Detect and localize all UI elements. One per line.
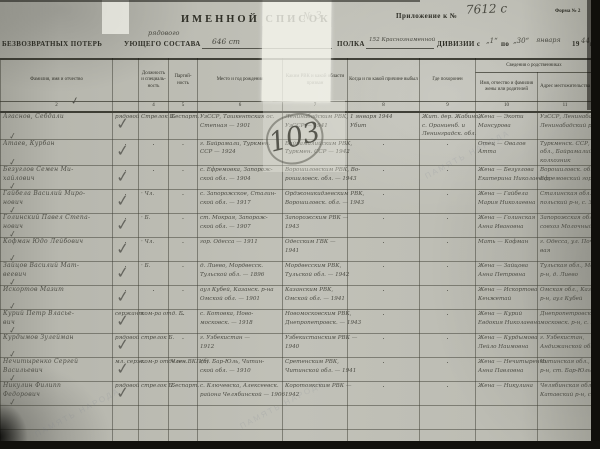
cell-name: Голинский Павел Степа-нович✓ <box>1 214 113 238</box>
handwritten-line: Жена — Курдымова <box>476 334 537 343</box>
handwritten-line: · <box>348 140 419 150</box>
handwritten-line: Тульская обл., Мордвесск. <box>538 262 592 271</box>
cell-name: Нечитыренко СергейВасильевич✓ <box>1 358 113 382</box>
cell-when: · <box>348 166 420 190</box>
handwritten-line: обл., Байрамалийский р-н, <box>538 148 592 157</box>
cell-duty: · <box>139 166 169 190</box>
cell-where: · <box>420 334 476 358</box>
cell-addr: Туркменск. ССР, Марыйск.обл., Байрамалий… <box>538 139 593 166</box>
handwritten-line: г. Узбекистан — <box>198 334 282 343</box>
handwritten-line: Сретенским РВК, <box>283 358 347 367</box>
pencil-check-icon: ✓ <box>115 214 130 234</box>
handwritten-line: Мордвесским РВК, <box>283 262 347 271</box>
handwritten-line: · Б. <box>139 214 168 223</box>
col-num-1: 2✓ <box>1 102 113 113</box>
cell-party: · <box>169 214 198 238</box>
handwritten-line: Жена — Нечитыренко <box>476 358 537 367</box>
rank-handwritten: рядового <box>148 29 179 37</box>
cell-duty: стрелок Б. <box>139 334 169 358</box>
scan-edge-right <box>591 0 600 449</box>
handwritten-line: стрелок Б. <box>139 334 168 343</box>
handwritten-line: Ворошиловск. обл., в/ч и <box>538 166 592 175</box>
handwritten-line: · <box>348 310 419 320</box>
scanned-document: Приложение к № 7612 с Форма № 2 ИМЕННОЙ … <box>0 0 600 449</box>
col-header-relative-name: Имя, отчество и фамилия жены или родител… <box>476 73 538 102</box>
handwritten-line: Жена — Экоти <box>476 113 537 122</box>
handwritten-line: Омской обл. — 1901 <box>198 295 282 304</box>
handwritten-line: · <box>169 140 197 150</box>
handwritten-line: Евдокия Николаевна <box>476 319 537 328</box>
division-label: ДИВИЗИИ с <box>437 40 480 48</box>
cell-addr: Тульская обл., Мордвесск.р-н, д. Лиево <box>538 262 593 286</box>
handwritten-line: · <box>139 166 168 176</box>
cell-rank: рядовой✓ <box>113 334 139 358</box>
cell-addr: Челябинская обл., Усть-Катавский р-н, с.… <box>538 382 593 406</box>
handwritten-line: · Б. <box>139 262 168 271</box>
handwritten-line: УзССР, Ленинабадская <box>538 113 592 122</box>
handwritten-line: аул Кубей, Казанск. р-на <box>198 286 282 295</box>
cell-rank: ·✓ <box>113 238 139 262</box>
pencil-check-icon: ✓ <box>115 334 130 354</box>
cell-addr: Запорожская обл., ст. Мокрая,совхоз Моло… <box>538 214 593 238</box>
handwritten-line: · <box>348 382 419 392</box>
cell-where: · <box>420 262 476 286</box>
handwritten-line: Безуглов Семен Ми- <box>1 166 112 175</box>
handwritten-line: Васильевич <box>1 367 112 376</box>
handwritten-line: с. Запорожское, Сталин- <box>198 190 282 199</box>
date-from-handwritten: „1“ <box>486 37 498 45</box>
cell-duty: · <box>139 286 169 310</box>
handwritten-line: совхоз Молочный <box>538 223 592 232</box>
handwritten-line: ской обл. — 1907 <box>198 223 282 232</box>
col-num-2 <box>113 102 139 113</box>
handwritten-line: Курий Петр Власье- <box>1 310 112 319</box>
cell-rank: сержант✓ <box>113 310 139 334</box>
cell-birth: аул Кубей, Казанск. р-наОмской обл. — 19… <box>198 286 283 310</box>
year-printed: 19 <box>572 40 580 48</box>
cell-party: Беспарт. <box>169 382 198 406</box>
table-row: Курдымов Зулейман✓рядовой✓стрелок Б.·г. … <box>1 334 593 358</box>
cell-rvk: Узбекистанским РВК —1940 <box>283 334 348 358</box>
table-row: Кофман Юдо Лейбович✓·✓· Чл.·гор. Одесса … <box>1 238 593 262</box>
handwritten-line: ской обл. — 1910 <box>198 367 282 376</box>
col-header-when: Когда и по какой причине выбыл <box>348 59 420 102</box>
table-row: Голинский Павел Степа-нович✓·✓· Б.·ст. М… <box>1 214 593 238</box>
handwritten-line: · <box>420 334 475 344</box>
handwritten-line: Одесским ГВК — <box>283 238 347 247</box>
handwritten-line: Жена — Никулина <box>476 382 537 391</box>
pencil-check-icon: ✓ <box>115 238 130 258</box>
handwritten-line: Голинский Павел Степа- <box>1 214 112 223</box>
cell-rank: ·✓ <box>113 286 139 310</box>
cell-party: · <box>169 286 198 310</box>
handwritten-line: · <box>348 190 419 200</box>
cell-when: · <box>348 286 420 310</box>
handwritten-line: · <box>169 214 197 224</box>
handwritten-line: Ефремовский гор. в-к <box>538 175 592 184</box>
cell-birth: с. Котовка, Ново-московск. — 1918 <box>198 310 283 334</box>
cell-when: · <box>348 214 420 238</box>
cell-party: · <box>169 310 198 334</box>
handwritten-line: · <box>348 358 419 368</box>
cell-when: · <box>348 382 420 406</box>
col-num-8: 9 <box>420 102 476 113</box>
handwritten-line: · <box>348 214 419 224</box>
handwritten-line: с. Котовка, Ново- <box>198 310 282 319</box>
table-row: Искортов Мазит✓·✓··аул Кубей, Казанск. р… <box>1 286 593 310</box>
handwritten-line: · <box>169 262 197 272</box>
scan-edge-top <box>0 0 420 2</box>
col-header-relatives-group: Сведения о родственниках <box>476 59 593 73</box>
handwritten-line: · <box>348 262 419 272</box>
cell-rel: Жена — НечитыренкоАнна Павловна <box>476 358 538 382</box>
handwritten-line: 1912 <box>198 343 282 352</box>
handwritten-line: Челябинская обл., Усть- <box>538 382 592 391</box>
cell-where: · <box>420 358 476 382</box>
handwritten-line: Кофман Юдо Лейбович <box>1 238 112 247</box>
handwritten-line: Курдымов Зулейман <box>1 334 112 343</box>
handwritten-line: вич <box>1 319 112 328</box>
handwritten-line: Член ВКП(б) <box>169 358 197 367</box>
handwritten-line: · Чл. <box>139 238 168 247</box>
cell-rvk: Мордвесским РВК,Тульской обл. — 1942 <box>283 262 348 286</box>
cell-rel: Жена — Никулина <box>476 382 538 406</box>
cell-rank: рядовой✓ <box>113 112 139 139</box>
annex-label: Приложение к № <box>396 12 457 20</box>
handwritten-line: польский р-н, с. Запорожское <box>538 199 592 208</box>
cell-birth: г. Узбекистан —1912 <box>198 334 283 358</box>
handwritten-line: Туркменск. ССР, Марыйск. <box>538 140 592 149</box>
cell-birth: ст. Мокрая, Запорож-ской обл. — 1907 <box>198 214 283 238</box>
handwritten-line: г. Одесса, ул. Почто- <box>538 238 592 247</box>
cell-rel: Мать — Кофман <box>476 238 538 262</box>
handwritten-line: Узбекистанским РВК — <box>283 334 347 343</box>
table-row: Нечитыренко СергейВасильевич✓мл. серж.✓к… <box>1 358 593 382</box>
cell-addr: Омская обл., Казанскийр-н, аул Кубей <box>538 286 593 310</box>
col-num-7: 8 <box>348 102 420 113</box>
cell-name: Атаев, Курбан✓ <box>1 139 113 166</box>
handwritten-line: · <box>348 238 419 248</box>
cell-rel: Жена — ГайбелаМария Николаевна <box>476 190 538 214</box>
cell-rvk: Запорожским РВК —1943 <box>283 214 348 238</box>
handwritten-line: Омской обл. — 1941 <box>283 295 347 304</box>
cell-empty <box>476 406 538 430</box>
cell-where: · <box>420 238 476 262</box>
col-num-3: 4 <box>139 102 169 113</box>
handwritten-line: Ворошиловск. обл. — 1943 <box>283 199 347 208</box>
handwritten-line: ской обл. — 1904 <box>198 175 282 184</box>
handwritten-line: Агаснов, Себдали <box>1 113 112 122</box>
handwritten-line: Никулин Филипп <box>1 382 112 391</box>
cell-when: · <box>348 334 420 358</box>
staff-label: УЮЩЕГО СОСТАВА <box>124 40 201 48</box>
handwritten-line: · <box>348 334 419 344</box>
handwritten-line: Запорожским РВК — <box>283 214 347 223</box>
handwritten-line: с. Ключевска, Алексеевск. <box>198 382 282 391</box>
handwritten-line: Мария Николаевна <box>476 199 537 208</box>
cell-rel: Жена — КурийЕвдокия Николаевна <box>476 310 538 334</box>
unit-handwritten: 646 ст <box>212 37 240 46</box>
handwritten-line: ком-ра отд. Б. <box>139 310 168 319</box>
table-row: Зайцов Василий Мат-веевич✓·✓· Б.·д. Лиев… <box>1 262 593 286</box>
handwritten-line: Анна Петровна <box>476 271 537 280</box>
cell-duty: стрелок Б. <box>139 382 169 406</box>
cell-where: Жит. дер. Жабино,с. Ораниенб. иЛенинград… <box>420 112 476 139</box>
handwritten-line: ком-р отделен. <box>139 358 168 367</box>
cell-rel: Жена — КурдымоваЛейло Наимовна <box>476 334 538 358</box>
cell-rank: мл. серж.✓ <box>113 358 139 382</box>
cell-party: · <box>169 334 198 358</box>
handwritten-line: Зайцов Василий Мат- <box>1 262 112 271</box>
cell-empty <box>538 406 593 430</box>
cell-party: · <box>169 190 198 214</box>
cell-name: Агаснов, Себдали✓ <box>1 112 113 139</box>
handwritten-line: · <box>139 286 168 296</box>
handwritten-line: Беспарт. <box>169 113 197 122</box>
cell-empty <box>420 406 476 430</box>
handwritten-line: Новомосковским РВК, <box>283 310 347 319</box>
table-row: Гайбела Василий Миро-нович✓·✓· Чл.·с. За… <box>1 190 593 214</box>
handwritten-line: · <box>139 140 168 150</box>
cell-duty: Стрелок Б. <box>139 112 169 139</box>
handwritten-line: · Чл. <box>139 190 168 199</box>
cell-rel: Жена — ГолинскаяАнна Ивановна <box>476 214 538 238</box>
cell-party: · <box>169 139 198 166</box>
cell-rel: Жена — ИскортоваКенжетай <box>476 286 538 310</box>
cell-when: 1 января 1944Убит <box>348 112 420 139</box>
handwritten-line: Ленинабадский р-н, Фрунзе <box>538 122 592 131</box>
cell-duty: · Б. <box>139 214 169 238</box>
handwritten-line: Стрелок Б. <box>139 113 168 122</box>
cell-party: Член ВКП(б) <box>169 358 198 382</box>
cell-addr: Ворошиловск. обл., в/ч иЕфремовский гор.… <box>538 166 593 190</box>
handwritten-line: Орджоникидзевским РВК, <box>283 190 347 199</box>
handwritten-line: Днепропетровск. — 1943 <box>283 319 347 328</box>
cell-name: Гайбела Василий Миро-нович✓ <box>1 190 113 214</box>
handwritten-line: р-н, аул Кубей <box>538 295 592 304</box>
cell-birth: д. Лиево, Мордвесск.Тульской обл. — 1896 <box>198 262 283 286</box>
handwritten-line: Лейло Наимовна <box>476 343 537 352</box>
handwritten-line: · <box>169 310 197 320</box>
cell-name: Зайцов Василий Мат-веевич✓ <box>1 262 113 286</box>
cell-duty: ком-р отделен. <box>139 358 169 382</box>
handwritten-line: · <box>420 140 475 150</box>
handwritten-line: Читинская обл., Карымск. <box>538 358 592 367</box>
cell-empty <box>348 406 420 430</box>
division-handwritten: 152 Краснознаменной <box>369 37 435 43</box>
cell-rvk: Одесским ГВК —1941 <box>283 238 348 262</box>
cell-addr: г. Узбекистан,Андижанской обл. <box>538 334 593 358</box>
handwritten-line: рошиловск. обл. — 1943 <box>283 175 347 184</box>
cell-duty: · Чл. <box>139 190 169 214</box>
pencil-check-icon: ✓ <box>115 190 130 210</box>
handwritten-line: Днепропетровск. обл., Ново- <box>538 310 592 319</box>
handwritten-line: · <box>420 190 475 200</box>
cell-empty <box>169 406 198 430</box>
cell-rvk: Казанским РВК,Омской обл. — 1941 <box>283 286 348 310</box>
handwritten-line: Катавский р-н, с. Ключевска <box>538 391 592 400</box>
col-header-rank <box>113 59 139 102</box>
col-header-duty: Должность и специаль- ность <box>139 59 169 102</box>
tape-strip-left <box>102 0 129 34</box>
handwritten-line: · <box>420 358 475 368</box>
cell-empty <box>139 406 169 430</box>
cell-name: Кофман Юдо Лейбович✓ <box>1 238 113 262</box>
handwritten-line: нович <box>1 199 112 208</box>
cell-rvk: Орджоникидзевским РВК,Ворошиловск. обл. … <box>283 190 348 214</box>
handwritten-line: д. Лиево, Мордвесск. <box>198 262 282 271</box>
cell-where: · <box>420 382 476 406</box>
cell-rvk: Сретенским РВК,Читинской обл. — 1941 <box>283 358 348 382</box>
pencil-check-icon: ✓ <box>115 286 130 306</box>
handwritten-line: Атаев, Курбан <box>1 140 112 149</box>
handwritten-line: Казанским РВК, <box>283 286 347 295</box>
handwritten-line: р-н, д. Лиево <box>538 271 592 280</box>
handwritten-line: · <box>169 190 197 200</box>
handwritten-line: Омская обл., Казанский <box>538 286 592 295</box>
handwritten-line: хайлович <box>1 175 112 184</box>
col-header-party: Партий- ность <box>169 59 198 102</box>
handwritten-line: московск. р-н, с. Котовка <box>538 319 592 328</box>
col-num-9: 10 <box>476 102 538 113</box>
cell-when: · <box>348 139 420 166</box>
annex-number-handwritten: 7612 с <box>466 1 508 16</box>
cell-where: · <box>420 286 476 310</box>
handwritten-line: · <box>420 238 475 248</box>
cell-birth: ст. Бар-Юль, Читин-ской обл. — 1910 <box>198 358 283 382</box>
handwritten-line: с. Ораниенб. и <box>420 122 475 131</box>
handwritten-line: 1943 <box>283 223 347 232</box>
pencil-check-icon: ✓ <box>115 358 130 378</box>
cell-when: · <box>348 262 420 286</box>
handwritten-line: Андижанской обл. <box>538 343 592 352</box>
cell-empty <box>113 406 139 430</box>
handwritten-line: Гайбела Василий Миро- <box>1 190 112 199</box>
col-header-where: Где похоронен <box>420 59 476 102</box>
cell-where: · <box>420 214 476 238</box>
cell-name: Безуглов Семен Ми-хайлович✓ <box>1 166 113 190</box>
handwritten-line: Ленинградск. обл. <box>420 130 475 139</box>
handwritten-line: Запорожская обл., ст. Мокрая, <box>538 214 592 223</box>
cell-name: Курдымов Зулейман✓ <box>1 334 113 358</box>
handwritten-line: · <box>420 286 475 296</box>
handwritten-line: вая <box>538 247 592 256</box>
cell-birth: гор. Одесса — 1911 <box>198 238 283 262</box>
col-header-name: Фамилия, имя и отчество <box>1 59 113 102</box>
date-to-handwritten: „30“ <box>513 37 529 45</box>
table-row: Курий Петр Власье-вич✓сержант✓ком-ра отд… <box>1 310 593 334</box>
cell-where: · <box>420 190 476 214</box>
cell-rel: Жена — БезугловаЕкатерина Николаевна <box>476 166 538 190</box>
handwritten-line: · <box>420 214 475 224</box>
handwritten-line: · <box>420 382 475 392</box>
handwritten-line: · <box>420 262 475 272</box>
handwritten-line: московск. — 1918 <box>198 319 282 328</box>
form-number: Форма № 2 <box>555 9 580 14</box>
pencil-check-icon: ✓ <box>115 310 130 330</box>
cell-rank: ·✓ <box>113 166 139 190</box>
cell-birth: с. Запорожское, Сталин-ской обл. — 1917 <box>198 190 283 214</box>
handwritten-line: веевич <box>1 271 112 280</box>
handwritten-line: Жена — Курий <box>476 310 537 319</box>
cell-when: · <box>348 310 420 334</box>
handwritten-line: колхозник <box>538 157 592 166</box>
cell-party: · <box>169 166 198 190</box>
pencil-check-icon: ✓ <box>115 113 130 133</box>
handwritten-line: ской обл. — 1917 <box>198 199 282 208</box>
pencil-check-icon: ✓ <box>115 140 130 160</box>
handwritten-line: · <box>420 310 475 320</box>
handwritten-line: · <box>348 166 419 176</box>
cell-party: · <box>169 262 198 286</box>
handwritten-line: Убит <box>348 122 419 131</box>
cell-addr: Сталинская обл., Добро-польский р-н, с. … <box>538 190 593 214</box>
month-handwritten: января <box>536 36 561 44</box>
col-num-4: 5 <box>169 102 198 113</box>
handwritten-line: стрелок Б. <box>139 382 168 391</box>
handwritten-line: Тульской обл. — 1942 <box>283 271 347 280</box>
scan-edge-bottom <box>0 441 600 449</box>
handwritten-line: Сталинская обл., Добро- <box>538 190 592 199</box>
cell-addr: Читинская обл., Карымск.р-н, ст. Бар-Юль <box>538 358 593 382</box>
handwritten-line: р-н, ст. Бар-Юль <box>538 367 592 376</box>
handwritten-line: района Челябинской — 1906 <box>198 391 282 400</box>
cell-when: · <box>348 358 420 382</box>
losses-label: БЕЗВОЗВРАТНЫХ ПОТЕРЬ <box>2 40 102 48</box>
polk-label: ПОЛКА <box>337 40 365 48</box>
handwritten-line: Жена — Гайбела <box>476 190 537 199</box>
cell-rank: ·✓ <box>113 262 139 286</box>
handwritten-line: Читинской обл. — 1941 <box>283 367 347 376</box>
cell-addr: г. Одесса, ул. Почто-вая <box>538 238 593 262</box>
handwritten-line: Жена — Безуглова <box>476 166 537 175</box>
cell-duty: · Б. <box>139 262 169 286</box>
handwritten-line: · <box>348 286 419 296</box>
tape-strip-center <box>261 0 331 102</box>
handwritten-line: Кенжетай <box>476 295 537 304</box>
col-header-address: Адрес местожительства <box>538 73 593 102</box>
cell-name: Искортов Мазит✓ <box>1 286 113 310</box>
pencil-check-icon: ✓ <box>115 262 130 282</box>
handwritten-line: Жена — Голинская <box>476 214 537 223</box>
handwritten-line: 1 января 1944 <box>348 113 419 122</box>
handwritten-line: Искортов Мазит <box>1 286 112 295</box>
handwritten-line: · <box>169 238 197 248</box>
handwritten-line: 1940 <box>283 343 347 352</box>
cell-addr: Днепропетровск. обл., Ново-московск. р-н… <box>538 310 593 334</box>
cell-duty: · <box>139 139 169 166</box>
handwritten-line: Жит. дер. Жабино, <box>420 113 475 122</box>
handwritten-line: ст. Мокрая, Запорож- <box>198 214 282 223</box>
col-num-10: 11 <box>538 102 593 113</box>
handwritten-line: · <box>169 334 197 344</box>
cell-when: · <box>348 190 420 214</box>
cell-rank: ·✓ <box>113 214 139 238</box>
handwritten-line: Анна Павловна <box>476 367 537 376</box>
handwritten-line: Жена — Искортова <box>476 286 537 295</box>
handwritten-line: Жена — Зайцова <box>476 262 537 271</box>
handwritten-line: гор. Одесса — 1911 <box>198 238 282 247</box>
handwritten-line: Екатерина Николаевна <box>476 175 537 184</box>
cell-rank: ·✓ <box>113 139 139 166</box>
handwritten-line: ст. Бар-Юль, Читин- <box>198 358 282 367</box>
cell-party: · <box>169 238 198 262</box>
cell-rank: ·✓ <box>113 190 139 214</box>
handwritten-line: · <box>169 286 197 296</box>
cell-rvk: Новомосковским РВК,Днепропетровск. — 194… <box>283 310 348 334</box>
handwritten-line: Мать — Кофман <box>476 238 537 247</box>
handwritten-line: нович <box>1 223 112 232</box>
